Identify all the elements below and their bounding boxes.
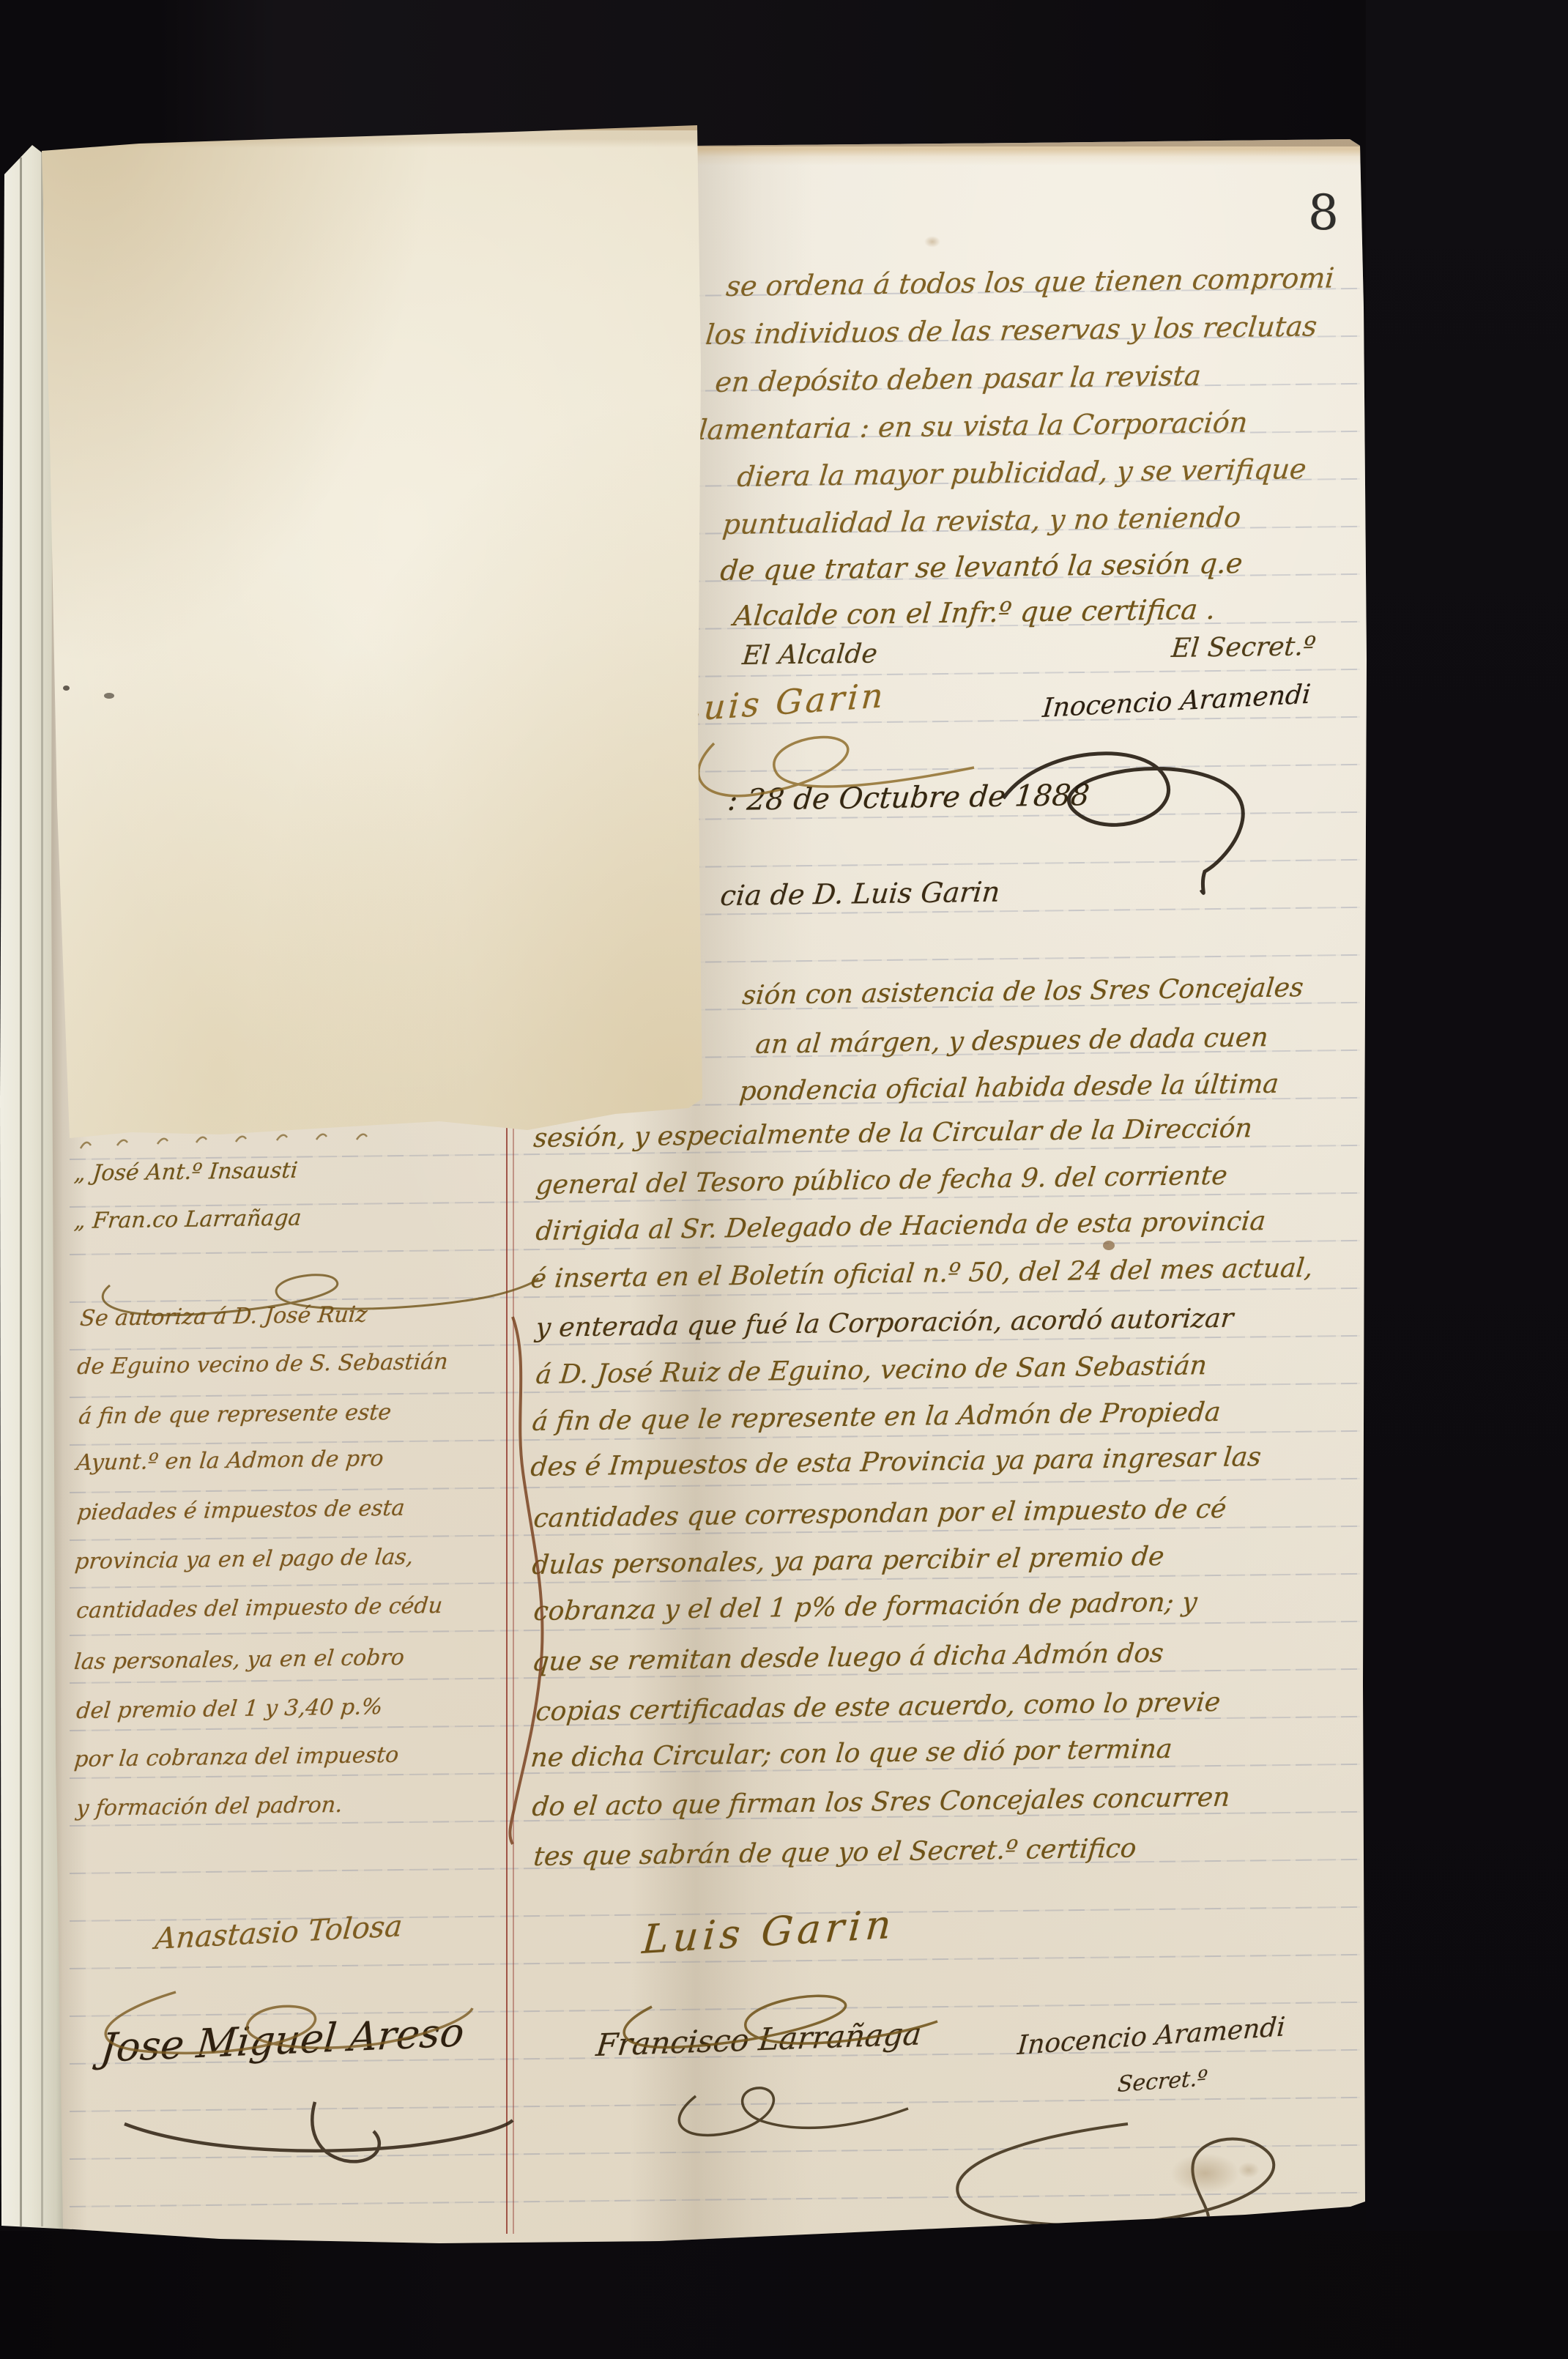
margin-note-line: provincia ya en el pago de las, <box>74 1547 415 1573</box>
signature-garin: Luis Garin <box>641 1905 897 1960</box>
ruled-line <box>70 2097 1360 2112</box>
backdrop-right <box>1366 0 1568 2359</box>
manuscript-line: de que tratar se levantó la sesión q.e <box>719 549 1244 584</box>
loose-blank-sheet <box>0 0 732 1172</box>
manuscript-line: puntualidad la revista, y no teniendo <box>721 503 1242 538</box>
rubric-larranaga <box>679 2088 908 2136</box>
paper-stain <box>1170 2153 1240 2193</box>
body-line: pondencia oficial habida desde la última <box>738 1071 1279 1105</box>
body-line: general del Tesoro público de fecha 9. d… <box>535 1163 1228 1199</box>
margin-note-line: Se autoriza á D. José Ruiz <box>79 1304 368 1330</box>
margin-rule-red <box>506 1119 508 2234</box>
manuscript-line: diera la mayor publicidad, y se verifiqu… <box>736 455 1307 491</box>
body-line: dulas personales, ya para percibir el pr… <box>531 1544 1165 1579</box>
body-line: é inserta en el Boletín oficial n.º 50, … <box>530 1255 1314 1293</box>
margin-note-line: cantidades del impuesto de cédu <box>75 1595 443 1622</box>
secretario-label: El Secret.º <box>1170 634 1317 662</box>
ruled-line <box>70 2192 1360 2207</box>
ruled-line <box>70 1478 1360 1493</box>
body-line: tes que sabrán de que yo el Secret.º cer… <box>532 1835 1137 1871</box>
signature-anastasio: Anastasio Tolosa <box>154 1912 404 1954</box>
body-line: cobranza y el del 1 p% de formación de p… <box>532 1589 1198 1625</box>
sheet-speck <box>63 686 70 691</box>
margin-note-line: y formación del padron. <box>75 1794 343 1820</box>
ruled-line <box>70 2144 1360 2160</box>
session-date-line: : 28 de Octubre de 1888 <box>727 781 1090 815</box>
body-line: y enterada que fué la Corporación, acord… <box>535 1306 1235 1342</box>
body-line: á D. José Ruiz de Eguino, vecino de San … <box>535 1353 1208 1389</box>
body-line: copias certificadas de este acuerdo, com… <box>535 1690 1222 1725</box>
sheet-speck <box>104 693 114 699</box>
margin-rule-red <box>513 1119 514 2234</box>
body-line: do el acto que firman los Sres Concejale… <box>531 1785 1231 1821</box>
page-number: 8 <box>1308 189 1339 237</box>
manuscript-line: se ordena á todos los que tienen comprom… <box>725 264 1335 300</box>
fore-edge-seam <box>41 150 43 2226</box>
manuscript-line: Alcalde con el Infr.º que certifica . <box>732 595 1216 630</box>
manuscript-line: los individuos de las reservas y los rec… <box>705 312 1318 349</box>
fore-edge-seam <box>20 157 22 2226</box>
ruled-line <box>70 2002 1360 2017</box>
alcalde-label: El Alcalde <box>741 641 879 669</box>
backdrop-bottom <box>0 2231 1568 2359</box>
paper-stain <box>924 236 940 248</box>
backdrop-fold-highlight <box>157 0 1366 146</box>
signature-aramendi-top: Inocencio Aramendi <box>1041 682 1312 722</box>
manuscript-line: en depósito deben pasar la revista <box>714 362 1202 396</box>
margin-note-line: por la cobranza del impuesto <box>73 1745 400 1771</box>
body-line: dirigida al Sr. Delegado de Hacienda de … <box>535 1208 1267 1245</box>
body-line: cantidades que correspondan por el impue… <box>532 1496 1227 1532</box>
margin-attendee: „ Fran.co Larrañaga <box>73 1208 302 1233</box>
obscured-text-fragment <box>81 1134 367 1148</box>
ink-blot <box>1103 1241 1115 1250</box>
margin-note-line: á fin de que represente este <box>78 1402 392 1428</box>
signature-aramendi-title: Secret.º <box>1117 2068 1208 2096</box>
body-line: an al márgen, y despues de dada cuen <box>754 1025 1269 1058</box>
body-line: des é Impuestos de esta Provincia ya par… <box>530 1444 1262 1481</box>
margin-note-line: del premio del 1 y 3,40 p.% <box>75 1696 384 1723</box>
margin-note-line: de Eguino vecino de S. Sebastián <box>76 1351 449 1378</box>
margin-note-line: Ayunt.º en la Admon de pro <box>75 1448 384 1474</box>
rubric-aramendi-top <box>1003 754 1243 894</box>
manuscript-line: lamentaria : en su vista la Corporación <box>697 408 1249 444</box>
margin-note-line: las personales, ya en el cobro <box>73 1647 405 1673</box>
paper-stain <box>1238 2162 1260 2178</box>
body-line: que se remitan desde luego á dicha Admón… <box>531 1641 1164 1676</box>
photographed-manuscript-scene: 8 se ordena á todos los que tienen compr… <box>0 0 1568 2359</box>
presidencia-line: cia de D. Luis Garin <box>719 878 1001 910</box>
margin-note-line: piedades é impuestos de esta <box>76 1498 406 1524</box>
body-line: á fin de que le represente en la Admón d… <box>531 1400 1222 1435</box>
margin-attendee: „ José Ant.º Insausti <box>73 1160 299 1185</box>
signature-garin-top: Luis Garin <box>677 678 887 727</box>
